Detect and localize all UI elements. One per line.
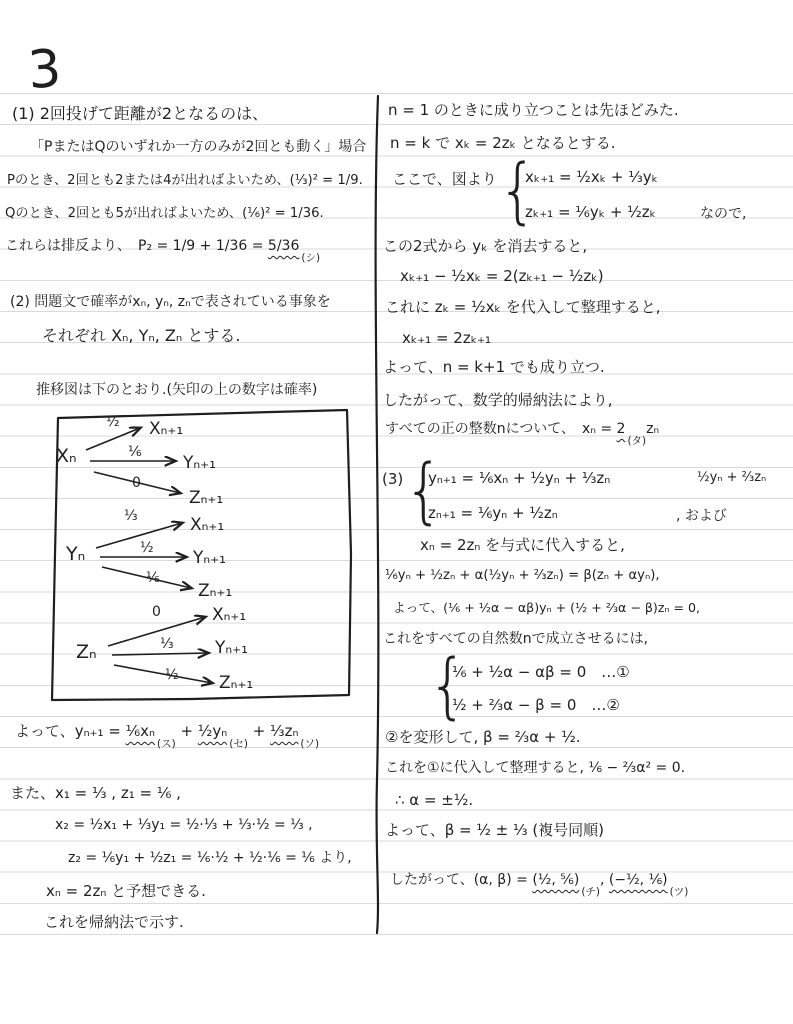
problem-number: 3 [26, 39, 63, 101]
diagram-prob-y-x: ⅓ [124, 508, 138, 524]
right-line-19: ½ + ⅔α − β = 0 …② [452, 696, 620, 715]
arrow-y-to-x [96, 523, 182, 548]
right-line-10: したがって、数学的帰納法により, [383, 391, 612, 410]
diagram-target-y3: Yₙ₊₁ [214, 638, 248, 658]
notebook-page: 3 (1) 2回投げて距離が2となるのは、 「PまたはQのいずれか一方のみが2回… [0, 0, 793, 1024]
right-line-12-tag: (3) [382, 470, 403, 489]
right-line-1: n = 1 のときに成り立つことは先ほどみた. [388, 101, 679, 120]
left-line-3: Pのとき、2回とも2または4が出ればよいため、(⅓)² = 1/9. [7, 173, 363, 190]
left-line-7: それぞれ Xₙ, Yₙ, Zₙ とする. [42, 326, 240, 346]
answer-su: ⅙xₙ [126, 722, 155, 740]
right-line-4-suffix: なので, [700, 206, 746, 224]
diagram-target-z1: Zₙ₊₁ [189, 488, 223, 508]
label-tsu: (ツ) [670, 886, 689, 898]
plus-sign: + [176, 722, 198, 740]
left-line-5: これらは排反より、 P₂ = 1/9 + 1/36 = 5/36(シ) [5, 238, 320, 265]
induction-conclusion-post: zₙ [646, 421, 659, 437]
left-line-12: z₂ = ⅙y₁ + ½z₁ = ⅙·½ + ½·⅙ = ⅙ より, [68, 850, 352, 868]
right-line-3-intro: ここで、図より [392, 170, 497, 189]
right-line-22: ∴ α = ±½. [395, 791, 473, 810]
answer-label-shi: (シ) [301, 252, 320, 264]
right-line-16: よって、(⅙ + ½α − αβ)yₙ + (½ + ⅔α − β)zₙ = 0… [393, 600, 700, 616]
diagram-target-y2: Yₙ₊₁ [192, 548, 226, 568]
diagram-prob-x-x: ½ [106, 414, 120, 430]
diagram-node-zn: Zₙ [76, 641, 97, 663]
diagram-prob-x-y: ⅙ [128, 444, 142, 460]
answer-tsu: (−½, ⅙) [609, 872, 668, 888]
right-line-21: これを①に代入して整理すると, ⅙ − ⅔α² = 0. [385, 760, 685, 778]
diagram-prob-z-z: ½ [165, 667, 179, 683]
answer-value: 5/36 [268, 238, 299, 254]
diagram-prob-y-y: ½ [140, 540, 154, 556]
right-line-14: xₙ = 2zₙ を与式に代入すると, [420, 536, 625, 555]
right-line-17: これをすべての自然数nで成立させるには, [383, 631, 648, 649]
left-line-1: (1) 2回投げて距離が2となるのは、 [12, 104, 268, 124]
diagram-prob-y-z: ⅙ [146, 570, 160, 586]
answer-separator: , [600, 872, 609, 888]
label-chi: (チ) [581, 886, 600, 898]
arrow-z-to-y [112, 653, 208, 655]
answer-so: ⅓zₙ [270, 722, 298, 740]
right-line-13-suffix: , および [676, 508, 727, 526]
diagram-target-x3: Xₙ₊₁ [212, 605, 246, 625]
left-line-8: 推移図は下のとおり.(矢印の上の数字は確率) [36, 382, 317, 400]
left-line-2: 「PまたはQのいずれか一方のみが2回とも動く」場合 [30, 139, 366, 157]
right-line-5: この2式から yₖ を消去すると, [383, 237, 587, 256]
arrow-z-to-x [108, 617, 205, 646]
right-line-23: よって、β = ½ ± ⅓ (複号同順) [385, 821, 604, 840]
answer-ta: 2 [617, 421, 626, 437]
plus-sign-2: + [248, 722, 270, 740]
label-se: (セ) [229, 738, 248, 750]
diagram-node-xn: Xₙ [56, 445, 77, 467]
diagram-prob-z-y: ⅓ [160, 636, 174, 652]
diagram-target-x2: Xₙ₊₁ [190, 515, 224, 535]
final-answer-prefix: したがって、(α, β) = [390, 872, 532, 888]
right-line-9: よって、n = k+1 でも成り立つ. [383, 358, 605, 377]
diagram-target-z3: Zₙ₊₁ [219, 673, 253, 693]
left-line-11: x₂ = ½x₁ + ⅓y₁ = ½·⅓ + ⅓·½ = ⅓ , [55, 817, 313, 835]
right-line-4-eq: zₖ₊₁ = ⅙yₖ + ½zₖ [525, 203, 656, 222]
right-line-24: したがって、(α, β) = (½, ⅚)(チ), (−½, ⅙)(ツ) [390, 872, 688, 899]
label-su: (ス) [157, 738, 176, 750]
right-line-18: ⅙ + ½α − αβ = 0 …① [452, 663, 630, 682]
answer-se: ½yₙ [198, 722, 227, 740]
label-ta: (タ) [627, 435, 646, 447]
right-line-3-eq: xₖ₊₁ = ½xₖ + ⅓yₖ [525, 168, 658, 187]
induction-conclusion-prefix: すべての正の整数nについて、 xₙ = [385, 421, 617, 437]
right-line-8: xₖ₊₁ = 2zₖ₊₁ [402, 329, 491, 348]
right-line-13-eq: zₙ₊₁ = ⅙yₙ + ½zₙ [428, 504, 558, 523]
arrow-z-to-z [114, 665, 212, 683]
right-line-12-eq: yₙ₊₁ = ⅙xₙ + ½yₙ + ⅓zₙ [428, 469, 610, 488]
right-line-11: すべての正の整数nについて、 xₙ = 2(タ)zₙ [385, 421, 659, 448]
left-line-14: これを帰納法で示す. [44, 913, 184, 932]
diagram-target-x1: Xₙ₊₁ [149, 419, 183, 439]
label-so: (ソ) [300, 738, 319, 750]
diagram-target-y1: Yₙ₊₁ [182, 453, 216, 473]
transition-diagram: Xₙ ½ ⅙ 0 Xₙ₊₁ Yₙ₊₁ Zₙ₊₁ Yₙ ⅓ ½ ⅙ Xₙ₊₁ Yₙ… [42, 404, 360, 710]
eq-prefix: よって、yₙ₊₁ = [15, 722, 126, 740]
answer-prefix: これらは排反より、 P₂ = 1/9 + 1/36 = [5, 238, 268, 254]
answer-chi: (½, ⅚) [532, 872, 579, 888]
left-line-13: xₙ = 2zₙ と予想できる. [46, 882, 206, 901]
left-line-4: Qのとき、2回とも5が出ればよいため、(⅙)² = 1/36. [5, 206, 324, 223]
left-line-9: よって、yₙ₊₁ = ⅙xₙ(ス) + ½yₙ(セ) + ⅓zₙ(ソ) [15, 722, 319, 751]
left-line-6: (2) 問題文で確率がxₙ, yₙ, zₙで表されている事象を [10, 294, 331, 312]
right-line-20: ②を変形して, β = ⅔α + ½. [385, 728, 581, 747]
margin-note: ½yₙ + ⅔zₙ [697, 470, 766, 485]
right-line-6: xₖ₊₁ − ½xₖ = 2(zₖ₊₁ − ½zₖ) [400, 267, 604, 286]
diagram-node-yn: Yₙ [65, 543, 85, 565]
diagram-target-z2: Zₙ₊₁ [198, 581, 232, 601]
right-line-15: ⅙yₙ + ½zₙ + α(½yₙ + ⅔zₙ) = β(zₙ + αyₙ), [385, 568, 660, 585]
diagram-prob-z-x: 0 [152, 604, 161, 620]
diagram-prob-x-z: 0 [132, 475, 141, 491]
right-line-7: これに zₖ = ½xₖ を代入して整理すると, [385, 298, 660, 317]
left-line-10: また、x₁ = ⅓ , z₁ = ⅙ , [10, 784, 181, 803]
